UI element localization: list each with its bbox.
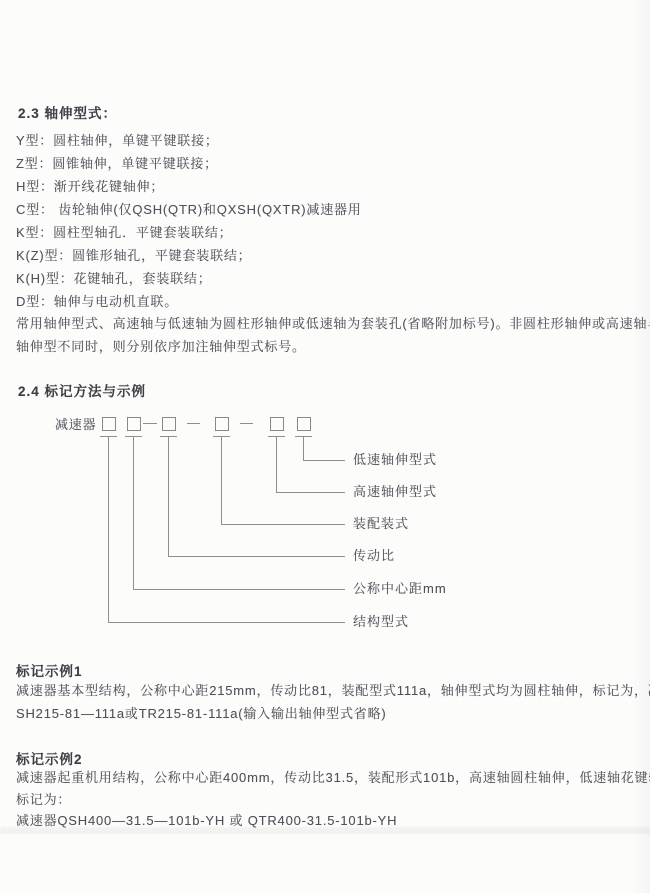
leader-vertical-3 <box>168 437 169 556</box>
code-box-5 <box>270 417 284 431</box>
diagram-label-assembly-form: 装配装式 <box>353 517 409 531</box>
diagram-label-transmission-ratio: 传动比 <box>353 549 395 563</box>
note-line-2: 轴伸型不同时，则分别依序加注轴伸型式标号。 <box>16 340 306 354</box>
leader-vertical-1 <box>108 437 109 622</box>
note-line-1: 常用轴伸型式、高速轴与低速轴为圆柱形轴伸或低速轴为套装孔(省略附加标号)。非圆柱… <box>16 317 650 331</box>
leader-horizontal-4 <box>221 524 345 525</box>
scan-artifact-band <box>0 827 650 834</box>
leader-vertical-4 <box>221 437 222 524</box>
code-box-1 <box>102 417 116 431</box>
diagram-label-high-speed-shaft-type: 高速轴伸型式 <box>353 485 437 499</box>
example-2-line-3: 减速器QSH400—31.5—101b-YH 或 QTR400-31.5-101… <box>16 814 397 828</box>
example-1-line-1: 减速器基本型结构，公称中心距215mm，传动比81，装配型式111a，轴伸型式均… <box>16 684 650 698</box>
type-item-h: H型：渐开线花键轴伸； <box>16 180 164 194</box>
code-box-6 <box>297 417 311 431</box>
leader-horizontal-2 <box>133 589 345 590</box>
leader-horizontal-5 <box>276 492 345 493</box>
scan-edge-shading <box>632 0 650 893</box>
type-item-c: C型： 齿轮轴伸(仅QSH(QTR)和QXSH(QXTR)减速器用 <box>16 203 362 217</box>
leader-horizontal-6 <box>303 460 345 461</box>
section-2-4-heading: 2.4 标记方法与示例 <box>18 380 146 400</box>
example-2-line-2: 标记为： <box>16 793 71 807</box>
leader-vertical-2 <box>133 437 134 589</box>
type-item-kz: K(Z)型：圆锥形轴孔，平键套装联结； <box>16 249 251 263</box>
code-box-4 <box>215 417 229 431</box>
dash-separator-1 <box>143 423 157 424</box>
dash-separator-3 <box>240 423 253 424</box>
leader-vertical-6 <box>303 437 304 460</box>
document-page: 2.3 轴伸型式： Y型：圆柱轴伸，单键平键联接； Z型：圆锥轴伸，单键平键联接… <box>0 0 650 893</box>
diagram-label-nominal-center-distance: 公称中心距mm <box>353 582 447 596</box>
example-1-line-2: SH215-81—111a或TR215-81-111a(输入输出轴伸型式省略) <box>16 707 387 721</box>
dash-separator-2 <box>187 423 200 424</box>
type-item-d: D型：轴伸与电动机直联。 <box>16 295 178 309</box>
code-box-3 <box>162 417 176 431</box>
section-2-3-heading: 2.3 轴伸型式： <box>18 102 117 122</box>
type-item-z: Z型：圆锥轴伸，单键平键联接； <box>16 157 218 171</box>
code-box-2 <box>127 417 141 431</box>
example-2-line-1: 减速器起重机用结构，公称中心距400mm，传动比31.5，装配形式101b，高速… <box>16 771 650 785</box>
type-item-kh: K(H)型：花键轴孔，套装联结； <box>16 272 212 286</box>
example-2-heading: 标记示例2 <box>16 748 83 768</box>
diagram-label-low-speed-shaft-type: 低速轴伸型式 <box>353 453 437 467</box>
diagram-label-structure-type: 结构型式 <box>353 615 409 629</box>
leader-horizontal-1 <box>108 622 345 623</box>
leader-vertical-5 <box>276 437 277 492</box>
type-item-k: K型：圆柱型轴孔．平键套装联结； <box>16 226 232 240</box>
leader-horizontal-3 <box>168 556 345 557</box>
example-1-heading: 标记示例1 <box>16 660 83 680</box>
diagram-prefix-label: 减速器 <box>55 418 96 432</box>
type-item-y: Y型：圆柱轴伸，单键平键联接； <box>16 134 219 148</box>
